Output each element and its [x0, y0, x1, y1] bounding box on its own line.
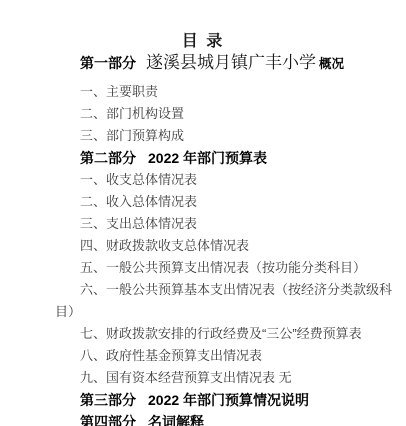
toc-part1-heading: 第一部分遂溪县城月镇广丰小学概况: [55, 50, 398, 77]
part4-label: 第四部分: [80, 414, 136, 426]
document-title: 目 录: [0, 0, 406, 50]
part2-title: 2022 年部门预算表: [148, 150, 267, 166]
part1-label: 第一部分: [80, 55, 136, 71]
toc-part2-heading: 第二部分2022 年部门预算表: [55, 147, 398, 169]
toc-item: 四、财政拨款收支总体情况表: [55, 235, 398, 257]
toc-part3-heading: 第三部分2022 年部门预算情况说明: [55, 389, 398, 411]
toc-item: 三、支出总体情况表: [55, 213, 398, 235]
toc-item: 一、收支总体情况表: [55, 169, 398, 191]
toc-item: 三、部门预算构成: [55, 125, 398, 147]
organization-name: 遂溪县城月镇广丰小学: [146, 53, 316, 72]
toc-item: 六、一般公共预算基本支出情况表（按经济分类款级科: [55, 279, 398, 301]
part3-label: 第三部分: [80, 392, 136, 408]
toc-item: 五、一般公共预算支出情况表（按功能分类科目）: [55, 257, 398, 279]
toc-item: 二、部门机构设置: [55, 103, 398, 125]
toc-item: 二、收入总体情况表: [55, 191, 398, 213]
toc-item-continuation: 目）: [55, 301, 398, 323]
toc-part4-heading: 第四部分名词解释: [55, 411, 398, 426]
part2-label: 第二部分: [80, 150, 136, 166]
part4-title: 名词解释: [148, 414, 204, 426]
table-of-contents: 第一部分遂溪县城月镇广丰小学概况 一、主要职责 二、部门机构设置 三、部门预算构…: [55, 50, 398, 426]
toc-item: 八、政府性基金预算支出情况表: [55, 345, 398, 367]
part3-title: 2022 年部门预算情况说明: [148, 392, 309, 408]
toc-item: 七、财政拨款安排的行政经费及“三公”经费预算表: [55, 323, 398, 345]
document-page: 目 录 第一部分遂溪县城月镇广丰小学概况 一、主要职责 二、部门机构设置 三、部…: [0, 0, 406, 426]
toc-item: 九、国有资本经营预算支出情况表 无: [55, 367, 398, 389]
part1-suffix: 概况: [319, 57, 344, 71]
toc-item: 一、主要职责: [55, 81, 398, 103]
